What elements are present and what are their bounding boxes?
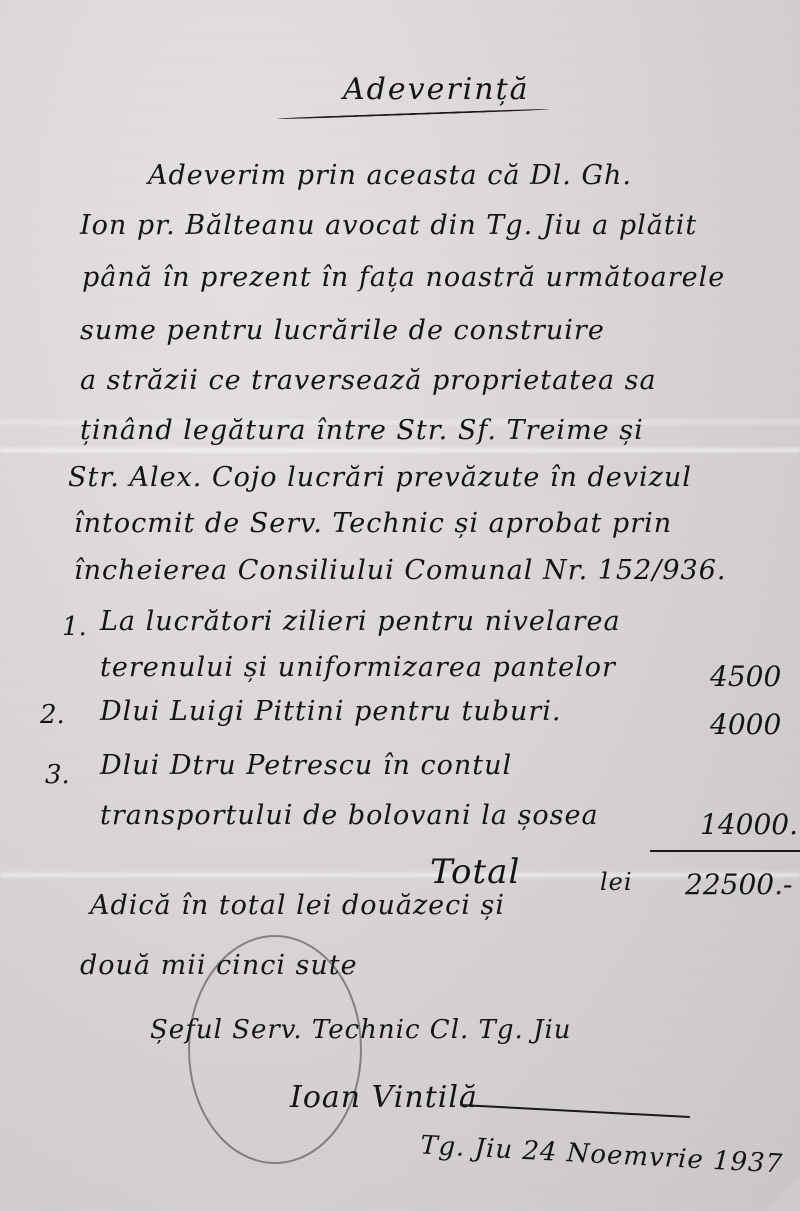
title-underline (277, 108, 549, 119)
document-title: Adeverință (343, 72, 530, 107)
item-amount: 4000 (710, 708, 781, 741)
item-line: La lucrători zilieri pentru nivelarea (100, 606, 621, 637)
scanned-document-page: Adeverință Adeverim prin aceasta că Dl. … (0, 0, 800, 1211)
signature-underline (460, 1104, 690, 1118)
signature: Ioan Vintilă (290, 1080, 478, 1115)
amount-in-words: Adică în total lei douăzeci și (90, 890, 505, 921)
signatory-title: Șeful Serv. Technic Cl. Tg. Jiu (150, 1015, 572, 1045)
item-number: 1. (62, 612, 87, 642)
body-line: Str. Alex. Cojo lucrări prevăzute în dev… (68, 462, 692, 493)
official-stamp (188, 935, 362, 1164)
body-line: până în prezent în fața noastră următoar… (82, 262, 725, 293)
body-line: sume pentru lucrările de construire (80, 315, 605, 346)
item-line: Dlui Luigi Pittini pentru tuburi. (100, 696, 562, 727)
body-line: Adeverim prin aceasta că Dl. Gh. (148, 160, 632, 191)
place-date: Tg. Jiu 24 Noemvrie 1937 (419, 1131, 783, 1180)
total-label: Total (430, 852, 520, 892)
body-line: ținând legătura între Str. Sf. Treime și (80, 415, 644, 446)
total-amount: 22500.- (685, 868, 792, 901)
item-number: 3. (45, 760, 70, 790)
body-line: Ion pr. Bălteanu avocat din Tg. Jiu a pl… (80, 210, 697, 241)
paper-crease (0, 448, 800, 452)
paper-crease (0, 873, 800, 877)
item-line: transportului de bolovani la șosea (100, 800, 599, 831)
sum-rule (650, 850, 800, 852)
item-amount: 14000. (700, 808, 798, 841)
body-line: a străzii ce traversează proprietatea sa (80, 365, 657, 396)
body-line: întocmit de Serv. Technic și aprobat pri… (74, 508, 672, 539)
item-line: Dlui Dtru Petrescu în contul (100, 750, 512, 781)
item-number: 2. (40, 700, 65, 730)
total-currency: lei (600, 868, 633, 896)
item-line: terenului și uniformizarea pantelor (100, 652, 616, 683)
item-amount: 4500 (710, 660, 781, 693)
body-line: încheierea Consiliului Comunal Nr. 152/9… (74, 555, 726, 586)
